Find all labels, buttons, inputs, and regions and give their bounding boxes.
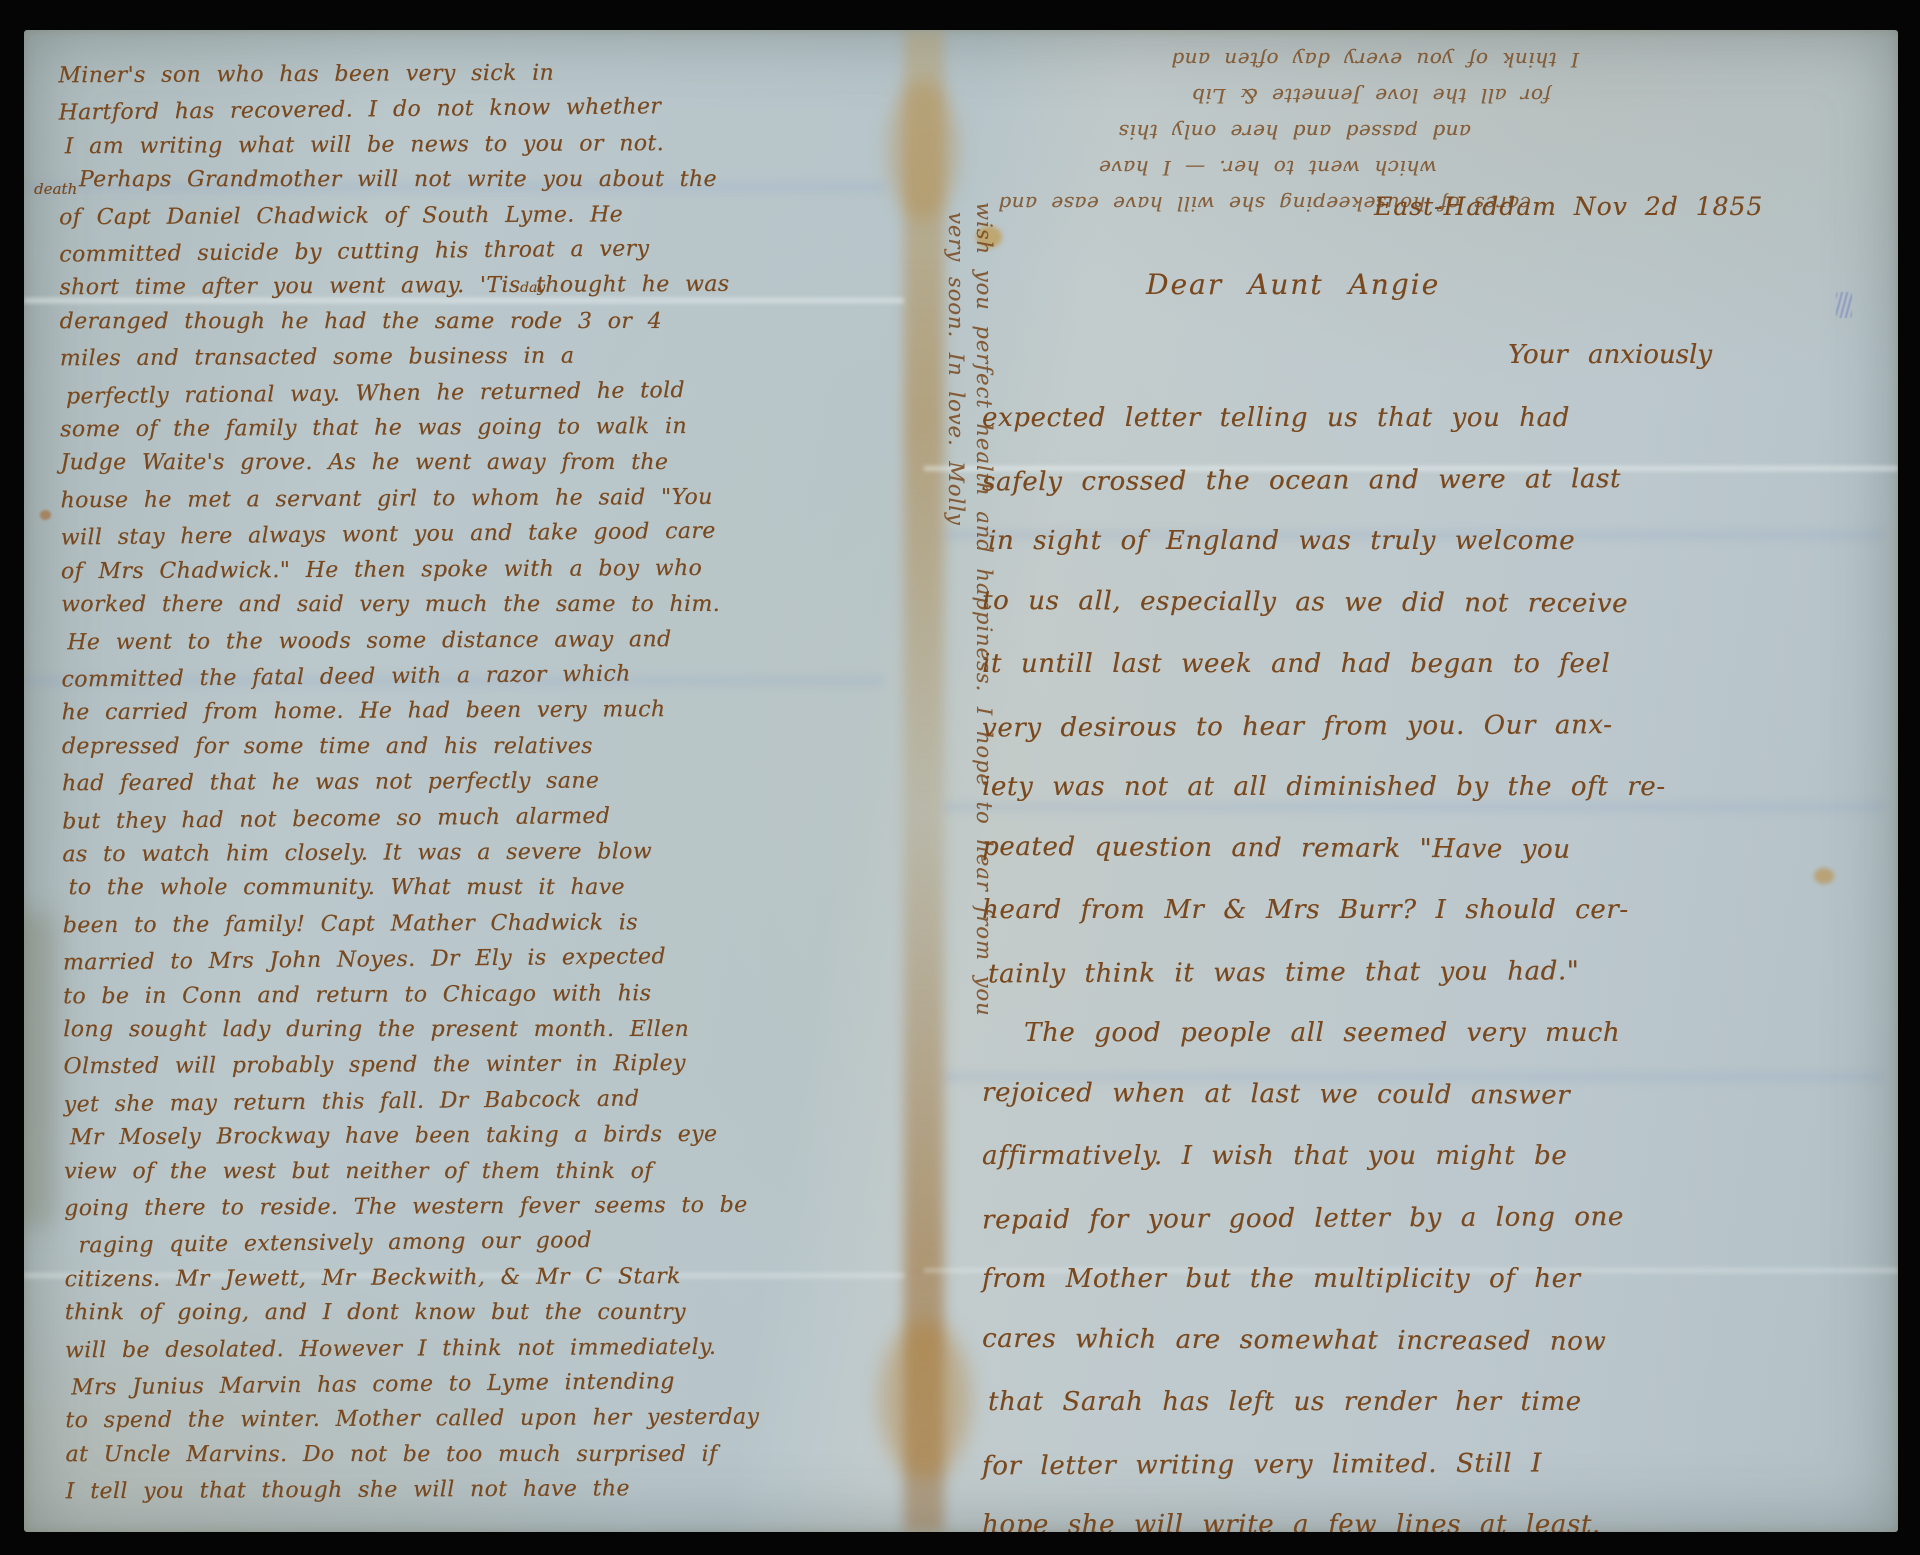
handwritten-line: in sight of England was truly welcome xyxy=(982,511,1882,573)
handwritten-line: tainly think it was time that you had." xyxy=(982,939,1882,1005)
handwritten-line: to us all, especially as we did not rece… xyxy=(982,570,1882,636)
inverted-handwritten-line: and passed and here only this xyxy=(939,114,1587,150)
blue-ink-mark xyxy=(1836,292,1852,318)
handwritten-line: very desirous to hear from you. Our anx- xyxy=(982,693,1882,759)
inverted-handwritten-line: which went to her. — I have xyxy=(939,150,1587,186)
scanned-letter: Miner's son who has been very sick inHar… xyxy=(0,0,1920,1555)
letter-page-right: cares of housekeeping she will have ease… xyxy=(24,30,1898,1532)
letter-salutation: Dear Aunt Angie xyxy=(1146,268,1440,301)
handwritten-line: iety was not at all diminished by the of… xyxy=(982,757,1882,819)
handwritten-line: expected letter telling us that you had xyxy=(982,388,1882,450)
handwritten-line: hope she will write a few lines at least… xyxy=(982,1495,1882,1532)
handwritten-line: that Sarah has left us render her time xyxy=(982,1372,1882,1434)
right-page-text: expected letter telling us that you hads… xyxy=(982,388,1882,1532)
handwritten-line: cares which are somewhat increased now xyxy=(982,1308,1882,1374)
handwritten-line: rejoiced when at last we could answer xyxy=(982,1062,1882,1128)
handwritten-line: heard from Mr & Mrs Burr? I should cer- xyxy=(982,880,1882,942)
handwritten-line: affirmatively. I wish that you might be xyxy=(982,1126,1882,1188)
inverted-handwritten-line: I think of you every day often and xyxy=(939,42,1587,78)
handwritten-line: it untill last week and had began to fee… xyxy=(982,634,1882,696)
handwritten-line: for letter writing very limited. Still I xyxy=(982,1431,1882,1497)
inverted-handwritten-line: for all the love Jennette & Lib xyxy=(939,78,1587,114)
handwritten-line: repaid for your good letter by a long on… xyxy=(982,1185,1882,1251)
handwritten-line: safely crossed the ocean and were at las… xyxy=(982,447,1882,513)
handwritten-line: peated question and remark "Have you xyxy=(982,816,1882,882)
letter-sheet: Miner's son who has been very sick inHar… xyxy=(24,30,1898,1532)
vertical-margin-writing: very soon. In love. Molly xyxy=(944,212,968,526)
letter-opening-phrase: Your anxiously xyxy=(1508,340,1712,370)
handwritten-line: from Mother but the multiplicity of her xyxy=(982,1249,1882,1311)
letter-dateline: East-Haddam Nov 2d 1855 xyxy=(1374,192,1763,221)
vertical-margin-writing: wish you perfect health and happiness. I… xyxy=(972,202,996,1017)
handwritten-line: The good people all seemed very much xyxy=(982,1003,1882,1065)
